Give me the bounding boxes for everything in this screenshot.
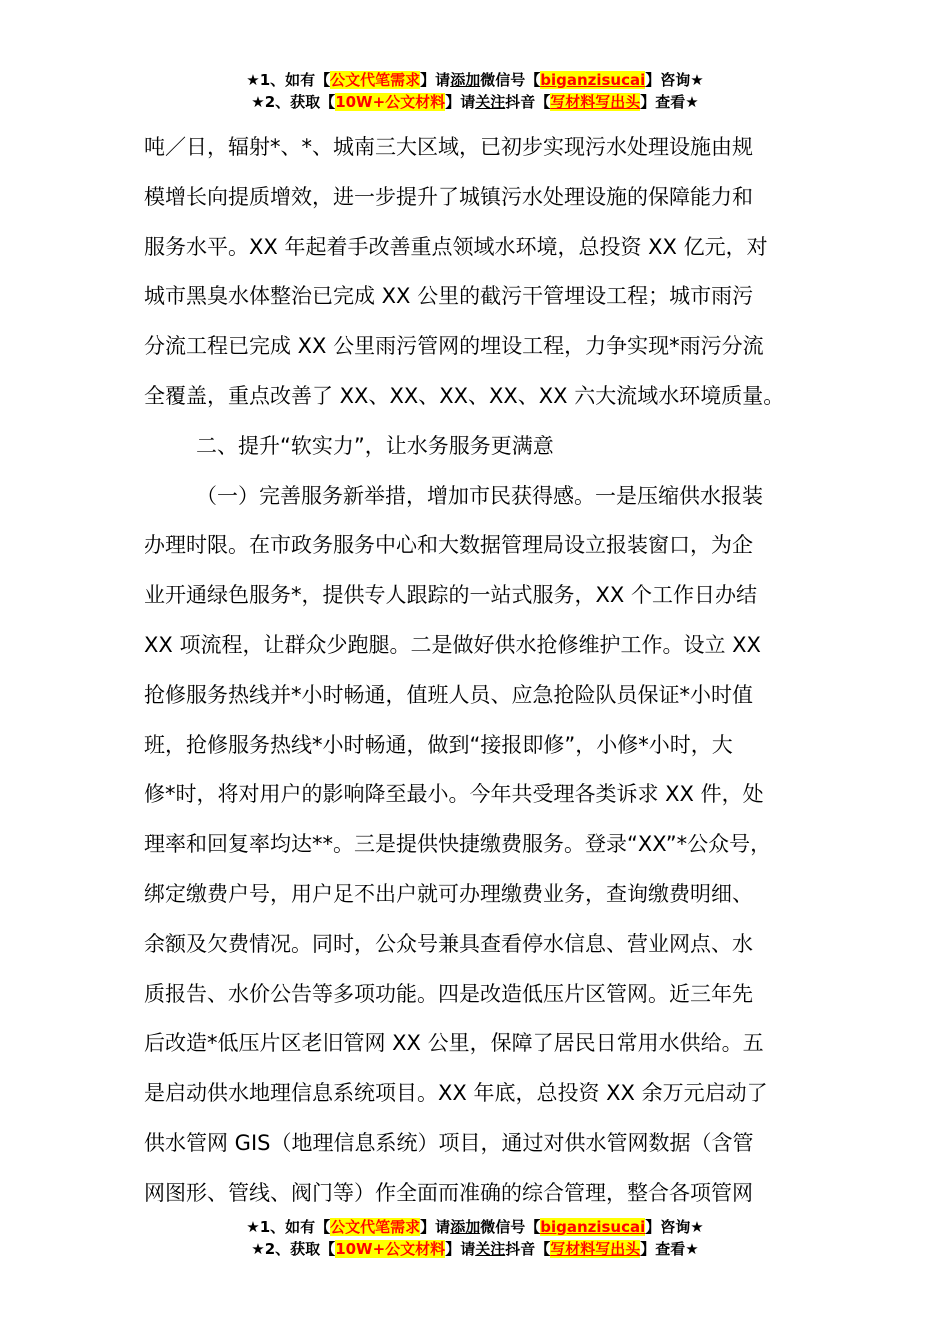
highlight-materials: 10W+公文材料 bbox=[335, 1240, 445, 1258]
body-line: 质报告、水价公告等多项功能。四是改造低压片区管网。近三年先 bbox=[144, 970, 824, 1020]
body-line: 供水管网 GIS（地理信息系统）项目，通过对供水管网数据（含管 bbox=[144, 1119, 824, 1169]
highlight-douyin-account: 写材料写出头 bbox=[550, 1240, 640, 1258]
banner-text: ★2、获取【 bbox=[251, 93, 335, 111]
highlight-wechat-id: biganzisucai bbox=[540, 1218, 645, 1236]
banner-text: 】查看★ bbox=[640, 93, 698, 111]
body-line: 服务水平。XX 年起着手改善重点领域水环境，总投资 XX 亿元，对 bbox=[144, 223, 824, 273]
document-body: 吨／日，辐射*、*、城南三大区域，已初步实现污水处理设施由规 模增长向提质增效，… bbox=[144, 123, 824, 1219]
banner-text: ★2、获取【 bbox=[251, 1240, 335, 1258]
underline-add: 添加 bbox=[450, 1218, 480, 1236]
body-line: 后改造*低压片区老旧管网 XX 公里，保障了居民日常用水供给。五 bbox=[144, 1019, 824, 1069]
underline-follow: 关注 bbox=[475, 1240, 505, 1258]
footer-banner: ★1、如有【公文代笔需求】请添加微信号【biganzisucai】咨询★ ★2、… bbox=[0, 1216, 950, 1260]
highlight-service-request: 公文代笔需求 bbox=[330, 1218, 420, 1236]
highlight-service-request: 公文代笔需求 bbox=[330, 71, 420, 89]
header-banner-line-1: ★1、如有【公文代笔需求】请添加微信号【biganzisucai】咨询★ bbox=[0, 69, 950, 91]
underline-follow: 关注 bbox=[475, 93, 505, 111]
banner-text: ★1、如有【 bbox=[246, 1218, 330, 1236]
banner-text: 微信号【 bbox=[480, 71, 540, 89]
banner-text: 】咨询★ bbox=[645, 1218, 703, 1236]
section-heading: 二、提升“软实力”，让水务服务更满意 bbox=[144, 422, 824, 472]
body-line: 是启动供水地理信息系统项目。XX 年底，总投资 XX 余万元启动了 bbox=[144, 1069, 824, 1119]
body-line: 网图形、管线、阀门等）作全面而准确的综合管理，整合各项管网 bbox=[144, 1169, 824, 1219]
header-banner: ★1、如有【公文代笔需求】请添加微信号【biganzisucai】咨询★ ★2、… bbox=[0, 69, 950, 113]
header-banner-line-2: ★2、获取【10W+公文材料】请关注抖音【写材料写出头】查看★ bbox=[0, 91, 950, 113]
highlight-wechat-id: biganzisucai bbox=[540, 71, 645, 89]
body-line: 办理时限。在市政务服务中心和大数据管理局设立报装窗口，为企 bbox=[144, 521, 824, 571]
underline-add: 添加 bbox=[450, 71, 480, 89]
banner-text: 】咨询★ bbox=[645, 71, 703, 89]
banner-text: 微信号【 bbox=[480, 1218, 540, 1236]
body-line: 班，抢修服务热线*小时畅通，做到“接报即修”，小修*小时，大 bbox=[144, 721, 824, 771]
body-line: XX 项流程，让群众少跑腿。二是做好供水抢修维护工作。设立 XX bbox=[144, 621, 824, 671]
subsection-paragraph-start: （一）完善服务新举措，增加市民获得感。一是压缩供水报装 bbox=[144, 472, 824, 522]
highlight-materials: 10W+公文材料 bbox=[335, 93, 445, 111]
body-line: 分流工程已完成 XX 公里雨污管网的埋设工程，力争实现*雨污分流 bbox=[144, 322, 824, 372]
highlight-douyin-account: 写材料写出头 bbox=[550, 93, 640, 111]
body-line: 业开通绿色服务*，提供专人跟踪的一站式服务，XX 个工作日办结 bbox=[144, 571, 824, 621]
body-line: 余额及欠费情况。同时，公众号兼具查看停水信息、营业网点、水 bbox=[144, 920, 824, 970]
body-line: 理率和回复率均达**。三是提供快捷缴费服务。登录“XX”*公众号， bbox=[144, 820, 824, 870]
body-line: 绑定缴费户号，用户足不出户就可办理缴费业务，查询缴费明细、 bbox=[144, 870, 824, 920]
banner-text: 】请 bbox=[445, 93, 475, 111]
body-line: 模增长向提质增效，进一步提升了城镇污水处理设施的保障能力和 bbox=[144, 173, 824, 223]
footer-banner-line-2: ★2、获取【10W+公文材料】请关注抖音【写材料写出头】查看★ bbox=[0, 1238, 950, 1260]
body-line: 全覆盖，重点改善了 XX、XX、XX、XX、XX 六大流域水环境质量。 bbox=[144, 372, 824, 422]
banner-text: 抖音【 bbox=[505, 93, 550, 111]
footer-banner-line-1: ★1、如有【公文代笔需求】请添加微信号【biganzisucai】咨询★ bbox=[0, 1216, 950, 1238]
body-line: 吨／日，辐射*、*、城南三大区域，已初步实现污水处理设施由规 bbox=[144, 123, 824, 173]
banner-text: 抖音【 bbox=[505, 1240, 550, 1258]
body-line: 城市黑臭水体整治已完成 XX 公里的截污干管埋设工程；城市雨污 bbox=[144, 272, 824, 322]
banner-text: 】查看★ bbox=[640, 1240, 698, 1258]
banner-text: 】请 bbox=[445, 1240, 475, 1258]
banner-text: 】请 bbox=[420, 1218, 450, 1236]
body-line: 抢修服务热线并*小时畅通，值班人员、应急抢险队员保证*小时值 bbox=[144, 671, 824, 721]
banner-text: 】请 bbox=[420, 71, 450, 89]
banner-text: ★1、如有【 bbox=[246, 71, 330, 89]
body-line: 修*时，将对用户的影响降至最小。今年共受理各类诉求 XX 件，处 bbox=[144, 770, 824, 820]
